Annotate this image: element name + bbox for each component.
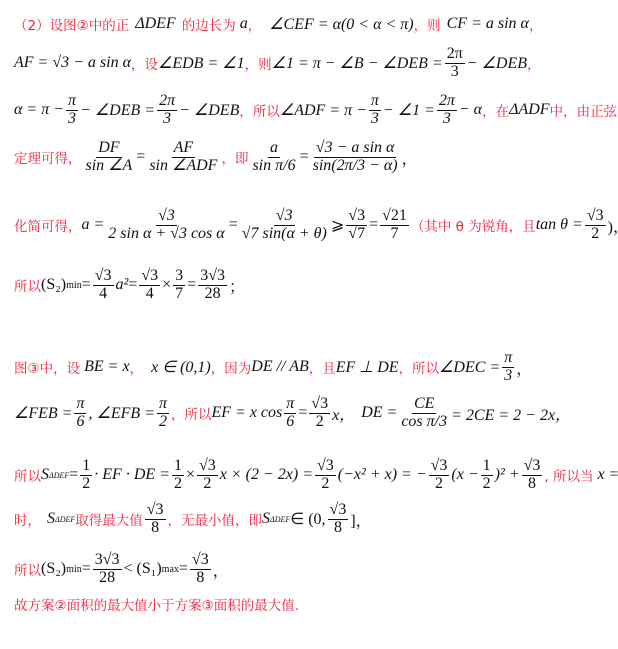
text: ，即 [221,147,248,167]
fraction: √38 [328,502,349,537]
text: 故方案②面积的最大值小于方案③面积的最大值. [14,594,299,614]
fraction: √32 [585,208,606,243]
fraction: 37 [173,268,185,303]
math: ∈ (0, [290,509,325,529]
math: − ∠1 = [383,100,435,120]
math: AF = √3 − a sin α [14,54,131,72]
solution-line-6: 所以 (S₂) min = √34 a² = √34 × 37 = 3√328 … [14,268,245,303]
subscript: ΔDEF [270,515,290,524]
text: ，因为 [211,357,252,377]
fraction: CEcos π/3 [399,396,449,431]
text: （2）设图②中的正 [14,14,129,34]
text: 化简可得， [14,215,82,235]
fraction: 2π3 [437,93,457,128]
text: 图③中，设 [14,357,80,377]
subscript: min [66,280,82,291]
fraction: √32 [315,458,336,493]
fraction: π3 [369,93,381,128]
fraction: 12 [172,458,184,493]
fraction: √32 [429,458,450,493]
math: CF = a sin α [447,15,529,33]
text: ， [213,558,229,581]
math: ∠DEC = [439,357,500,377]
text: ]， [350,508,371,531]
text: ， [402,146,418,169]
text: ，且 [309,357,336,377]
solution-line-9: 所以 S ΔDEF = 12 · EF · DE = 12 × √32 x × … [14,458,618,493]
math: (x − [451,466,478,484]
fraction: √38 [190,552,211,587]
solution-line-8: ∠FEB = π6 , ∠EFB = π2 ，所以 EF = x cos π6 … [14,396,571,431]
equals: = [300,148,309,166]
text: 所以 [14,465,41,485]
math: < (S₁) [124,560,162,578]
math: a [240,15,248,33]
fraction: √3 − a sin αsin(2π/3 − α) [311,140,400,175]
math: ∠EDB = ∠1 [158,53,245,73]
math: S [47,510,55,528]
math: − ∠DEB [179,100,239,120]
math: (S₂) [41,560,66,578]
text: ，所以 [171,403,212,423]
fraction: π6 [74,396,86,431]
fraction: 12 [80,458,92,493]
text: , 所以当 [544,465,593,485]
math: a² [116,276,129,294]
math: − α [459,101,482,119]
math: x ∈ (0,1) [151,357,211,377]
math: = 2CE = 2 − 2x， [451,402,571,425]
fraction: √34 [93,268,114,303]
math: ∠1 = π − ∠B − ∠DEB = [272,53,443,73]
math: ∠CEF = α(0 < α < π) [269,14,413,34]
text: 所以 [14,559,41,579]
math: tan θ = [536,216,583,234]
fraction: √217 [380,208,409,243]
solution-line-3: α = π − π3 − ∠DEB = 2π3 − ∠DEB ，所以 ∠ADF … [14,93,617,128]
math: EF ⊥ DE [336,357,399,377]
subscript: max [162,564,179,575]
equals: = [136,148,145,166]
fraction: √32 [197,458,218,493]
math: α = π − [14,101,64,119]
text: ； [229,274,245,297]
math: x， [332,402,355,425]
solution-line-2: AF = √3 − a sin α ，设 ∠EDB = ∠1 ，则 ∠1 = π… [14,46,541,81]
math: BE = x [84,358,129,376]
math: DE // AB [251,358,308,376]
math: ΔDEF [135,15,176,33]
math: · EF · DE = [94,466,170,484]
text: ， [130,357,144,377]
text: （其中 θ 为锐角，且 [411,215,536,235]
text: ， [529,14,543,34]
math: EF = x cos [211,404,282,422]
text: 取得最大值 [75,509,143,529]
text: ， [527,53,541,73]
text: ，设 [131,53,158,73]
math: x = [597,466,618,484]
math: − ∠DEB [467,53,527,73]
fraction: 12 [481,458,493,493]
fraction: 2π3 [445,46,465,81]
subscript: ΔDEF [49,471,69,480]
math: )² + [495,466,520,484]
math: a = [82,216,105,234]
text: 定理可得， [14,147,82,167]
math: − ∠DEB = [80,100,155,120]
text: 时， [14,509,41,529]
solution-line-11: 所以 (S₂) min = 3√328 < (S₁) max = √38 ， [14,552,229,587]
text: ， [516,356,532,379]
fraction: π3 [66,93,78,128]
math: S [262,510,270,528]
fraction: DFsin ∠A [84,140,135,175]
math: ∠FEB = [14,403,72,423]
text: ，无最小值，即 [168,509,263,529]
math: DE = [361,404,397,422]
text: ，则 [245,53,272,73]
geq: ⩾ [331,215,344,235]
fraction: AFsin ∠ADF [147,140,219,175]
subscript: min [66,564,82,575]
fraction: √34 [139,268,160,303]
fraction: 2π3 [157,93,177,128]
fraction: √3√7 sin(α + θ) [240,208,329,243]
text: ，所以 [399,357,440,377]
text: 的边长为 [182,14,236,34]
fraction: √3√7 [346,208,367,243]
text: ， [248,14,262,34]
math: ΔADF [509,101,550,119]
text: 中，由正弦 [550,100,618,120]
solution-line-4: 定理可得， DFsin ∠A = AFsin ∠ADF ，即 asin π/6 … [14,140,418,175]
fraction: √32 [309,396,330,431]
solution-line-7: 图③中，设 BE = x ， x ∈ (0,1) ，因为 DE // AB ，且… [14,350,532,385]
math: x × (2 − 2x) = [220,466,313,484]
text: )， [608,214,618,237]
math: ∠ADF = π − [280,100,367,120]
solution-conclusion: 故方案②面积的最大值小于方案③面积的最大值. [14,594,299,614]
solution-line-1: （2）设图②中的正 ΔDEF 的边长为 a ， ∠CEF = α(0 < α <… [14,14,542,34]
fraction: √38 [522,458,543,493]
fraction: π2 [157,396,169,431]
times: × [162,276,171,294]
text: ，则 [414,14,441,34]
solution-line-5: 化简可得， a = √32 sin α + √3 cos α = √3√7 si… [14,208,618,243]
fraction: π6 [284,396,296,431]
math: , ∠EFB = [88,403,154,423]
math: S [41,466,49,484]
fraction: 3√328 [198,268,227,303]
fraction: √38 [145,502,166,537]
text: 所以 [14,275,41,295]
solution-line-10: 时， S ΔDEF 取得最大值 √38 ，无最小值，即 S ΔDEF ∈ (0,… [14,502,372,537]
fraction: 3√328 [93,552,122,587]
math: (−x² + x) = − [338,466,427,484]
math: (S₂) [41,276,66,294]
fraction: √32 sin α + √3 cos α [106,208,226,243]
text: ，所以 [239,100,280,120]
text: ，在 [482,100,509,120]
fraction: asin π/6 [250,140,297,175]
fraction: π3 [502,350,514,385]
subscript: ΔDEF [55,515,75,524]
